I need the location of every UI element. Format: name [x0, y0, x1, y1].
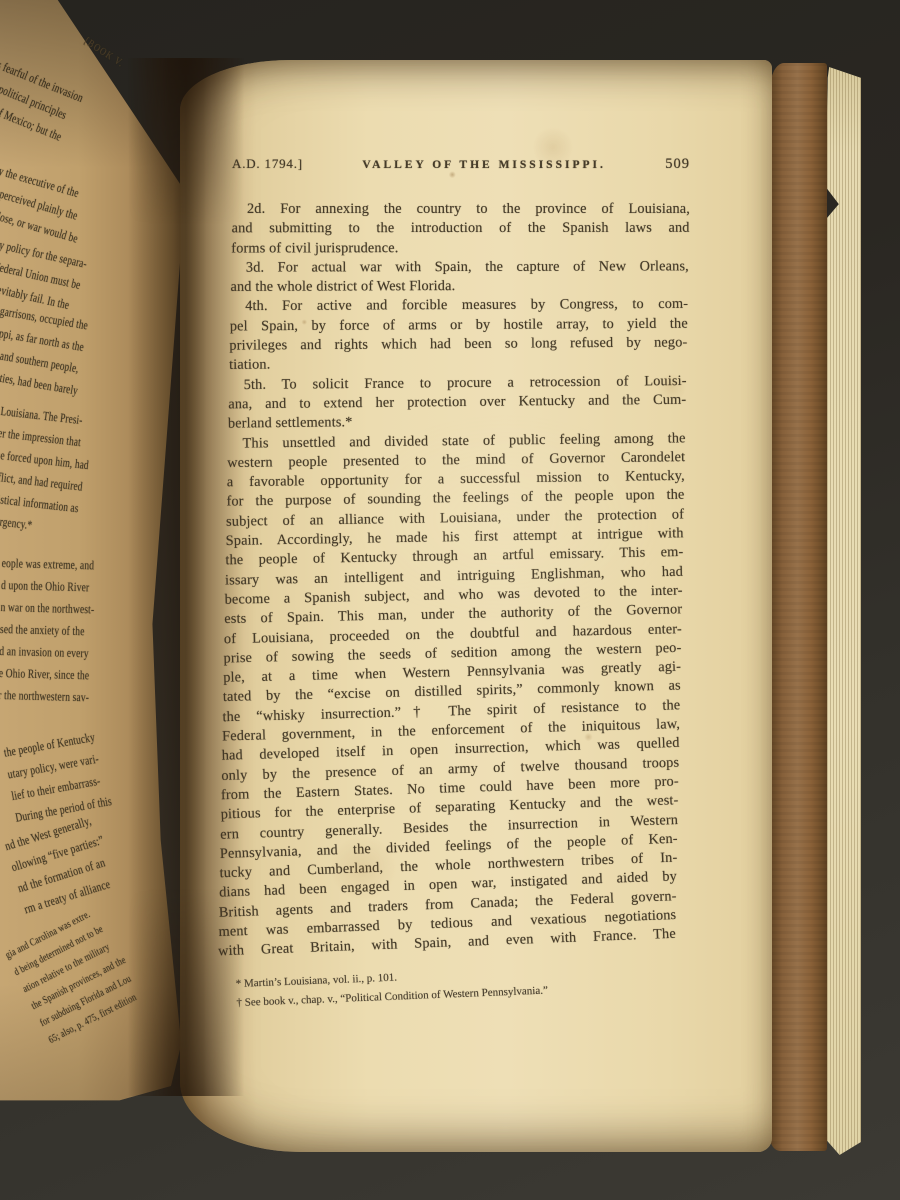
left-page-fragment-line: ippi, as far north as the	[0, 322, 181, 374]
left-page-fragment-line: of political principles	[0, 74, 165, 164]
left-page-fragment-block: y policy for the separa-Federal Union mu…	[0, 234, 183, 338]
left-page-fragment-line: orities, had been barely	[0, 365, 174, 417]
paragraph: 4th. For active and forcible measures by…	[232, 296, 690, 373]
left-page-fragment-line: d upon the Ohio River	[1, 574, 192, 601]
left-page-fragment-line: nflict, and had required	[0, 466, 178, 509]
left-page-fragment-line: utary policy, were vari-	[6, 731, 197, 786]
text-line: 2d. For annexing the country to the prov…	[232, 200, 690, 219]
left-page-fragment-line: During the period of this	[13, 774, 204, 829]
left-page-fragment-line: atistical information as	[0, 487, 176, 530]
left-page-fragment-block: the people of Kentuckyutary policy, were…	[2, 709, 204, 829]
left-page-fragment-block: y the executive of then perceived plainl…	[0, 160, 180, 274]
right-page: A.D. 1794.] VALLEY OF THE MISSISSIPPI. 5…	[180, 60, 772, 1152]
left-page-fragment-line: n war on the northwest-	[0, 596, 191, 623]
left-page-fragment-line: lief to their embarrass-	[10, 752, 201, 807]
left-page-fragment-line: nd the West generally,	[2, 779, 195, 857]
book-fore-edge	[770, 63, 827, 1151]
paragraph: 3d. For actual war with Spain, the captu…	[232, 258, 690, 297]
right-page-text-area: A.D. 1794.] VALLEY OF THE MISSISSIPPI. 5…	[232, 156, 690, 1004]
left-page-fragment-line: Federal Union must be	[0, 255, 178, 317]
left-page-fragment-line: n perceived plainly the	[0, 181, 174, 253]
page-header: A.D. 1794.] VALLEY OF THE MISSISSIPPI. 5…	[232, 156, 690, 176]
text-line: and submitting to the introduction of th…	[232, 219, 690, 239]
text-line: forms of civil jurisprudence.	[231, 238, 689, 258]
left-page-fragment-line: e Ohio River, since the	[0, 662, 189, 689]
left-page-fragment-line: nd the formation of an	[15, 821, 208, 899]
left-page-fragment-block: eople was extreme, andd upon the Ohio Ri…	[0, 552, 192, 711]
left-page-fragment-line: y close, or war would be	[0, 202, 168, 274]
left-page-fragment-block: Louisiana. The Presi-er the impression t…	[0, 400, 186, 552]
book-page-block-edge	[824, 67, 861, 1155]
left-page-fragment-line: eople was extreme, and	[1, 552, 192, 579]
text-line: 3d. For actual war with Spain, the captu…	[231, 257, 689, 278]
header-date: A.D. 1794.]	[232, 156, 303, 172]
body-text: 2d. For annexing the country to the prov…	[232, 200, 690, 953]
left-page-fragment-block: garrisons, occupied theippi, as far nort…	[0, 300, 184, 417]
text-line: 4th. For active and forcible measures by…	[230, 295, 688, 317]
paragraph: 5th. To solicit France to procure a retr…	[232, 374, 690, 432]
paragraph: This unsettled and divided state of publ…	[232, 432, 690, 953]
header-running-title: VALLEY OF THE MISSISSIPPI.	[362, 159, 606, 171]
paragraph: 2d. For annexing the country to the prov…	[232, 200, 690, 258]
open-book-photo: s fearful of the invasionof political pr…	[0, 0, 900, 1200]
left-page-fragment-line: d being determined not to be	[11, 876, 193, 981]
left-page-fragment-line: y the executive of the	[0, 160, 180, 232]
left-page-fragment-line: d an invasion on every	[0, 640, 190, 667]
left-page-fragment-line: er the impression that	[0, 422, 183, 465]
left-page-fragment-line: the people of Kentucky	[2, 709, 193, 764]
left-page-fragment-line: mergency.*	[0, 509, 173, 552]
footnotes: * Martin’s Louisiana, vol. ii., p. 101.†…	[217, 957, 676, 1013]
left-page-fragment-line: Louisiana. The Presi-	[0, 400, 186, 443]
left-page-fragment-line: s fearful of the invasion	[0, 54, 174, 144]
left-page-fragment-line: sed the anxiety of the	[0, 618, 190, 645]
left-page: s fearful of the invasionof political pr…	[0, 0, 206, 1200]
header-page-number: 509	[665, 156, 690, 173]
left-page-fragment-line: n and southern people,	[0, 343, 177, 395]
left-page-fragment-line: inevitably fail. In the	[0, 277, 173, 339]
left-page-fragment-line: ollowing “five parties:”	[8, 800, 201, 878]
left-page-fragment-line: r the northwestern sav-	[0, 684, 188, 711]
left-page-fragment-line: garrisons, occupied the	[0, 300, 184, 352]
left-page-fragment-line: be forced upon him, had	[0, 444, 181, 487]
left-page-fragment-line: ces of Mexico; but the	[0, 95, 157, 185]
left-page-fragment-line: y policy for the separa-	[0, 234, 183, 296]
left-page-fragment-line: gia and Carolina was extre.	[2, 859, 184, 964]
left-page-fragment-block: s fearful of the invasionof political pr…	[0, 54, 174, 184]
left-page-fragment-line: ation relative to the military	[19, 893, 201, 998]
